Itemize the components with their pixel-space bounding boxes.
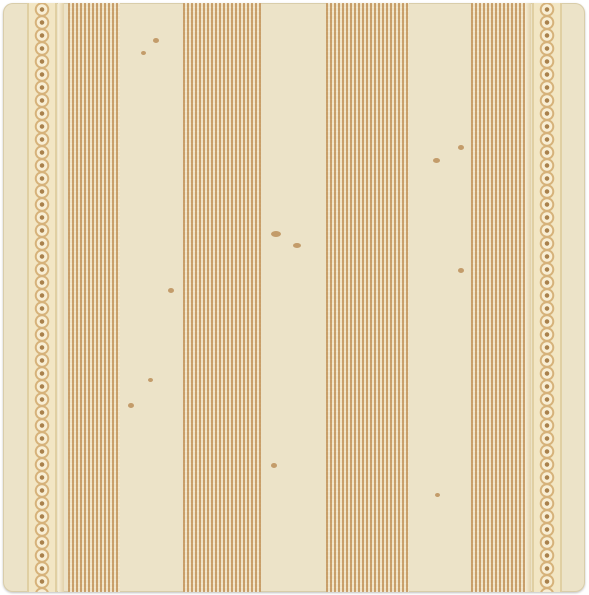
speck [433,158,440,163]
speck [153,38,159,43]
stripe-band-4 [471,3,525,592]
speck [128,403,134,408]
speck [458,268,464,273]
stripe-band-2 [183,3,261,592]
right-rail [525,3,531,592]
speck [293,243,301,248]
speck [435,493,440,497]
ceramic-tile [3,3,585,592]
speck [271,463,277,468]
speck [168,288,174,293]
speck [148,378,153,382]
stripe-band-3 [326,3,409,592]
left-bead-border [27,3,57,592]
stripe-band-1 [68,3,120,592]
right-bead-border [532,3,562,592]
speck [271,231,281,237]
speck [458,145,464,150]
left-rail [58,3,64,592]
speck [141,51,146,55]
